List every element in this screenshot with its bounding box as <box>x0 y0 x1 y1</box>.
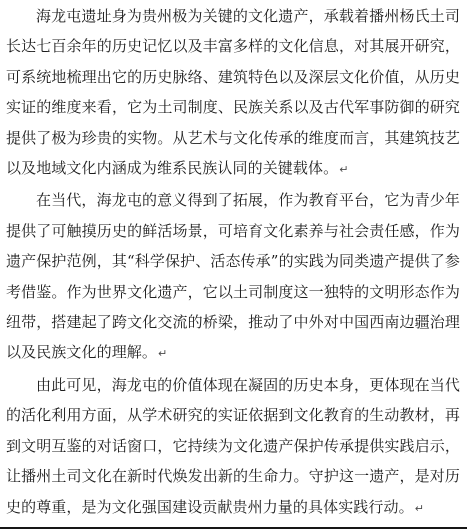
document-page: 海龙屯遗址身为贵州极为关键的文化遗产，承载着播州杨氏土司长达七百余年的历史记忆以… <box>0 0 467 532</box>
paragraph: 海龙屯遗址身为贵州极为关键的文化遗产，承载着播州杨氏土司长达七百余年的历史记忆以… <box>6 1 460 185</box>
paragraph-text: 由此可见，海龙屯的价值体现在凝固的历史本身，更体现在当代的活化利用方面，从学术研… <box>6 376 460 516</box>
paragraph-mark-icon: ↵ <box>414 502 424 515</box>
paragraph-mark-icon: ↵ <box>157 347 167 360</box>
paragraph-text: 在当代，海龙屯的意义得到了拓展，作为教育平台，它为青少年提供了可触摸历史的鲜活场… <box>6 191 460 361</box>
bottom-rule <box>0 527 467 529</box>
document-body: 海龙屯遗址身为贵州极为关键的文化遗产，承载着播州杨氏土司长达七百余年的历史记忆以… <box>6 1 460 524</box>
paragraph: 由此可见，海龙屯的价值体现在凝固的历史本身，更体现在当代的活化利用方面，从学术研… <box>6 370 460 524</box>
paragraph: 在当代，海龙屯的意义得到了拓展，作为教育平台，它为青少年提供了可触摸历史的鲜活场… <box>6 185 460 369</box>
paragraph-text: 海龙屯遗址身为贵州极为关键的文化遗产，承载着播州杨氏土司长达七百余年的历史记忆以… <box>6 7 460 177</box>
paragraph-mark-icon: ↵ <box>338 163 348 176</box>
